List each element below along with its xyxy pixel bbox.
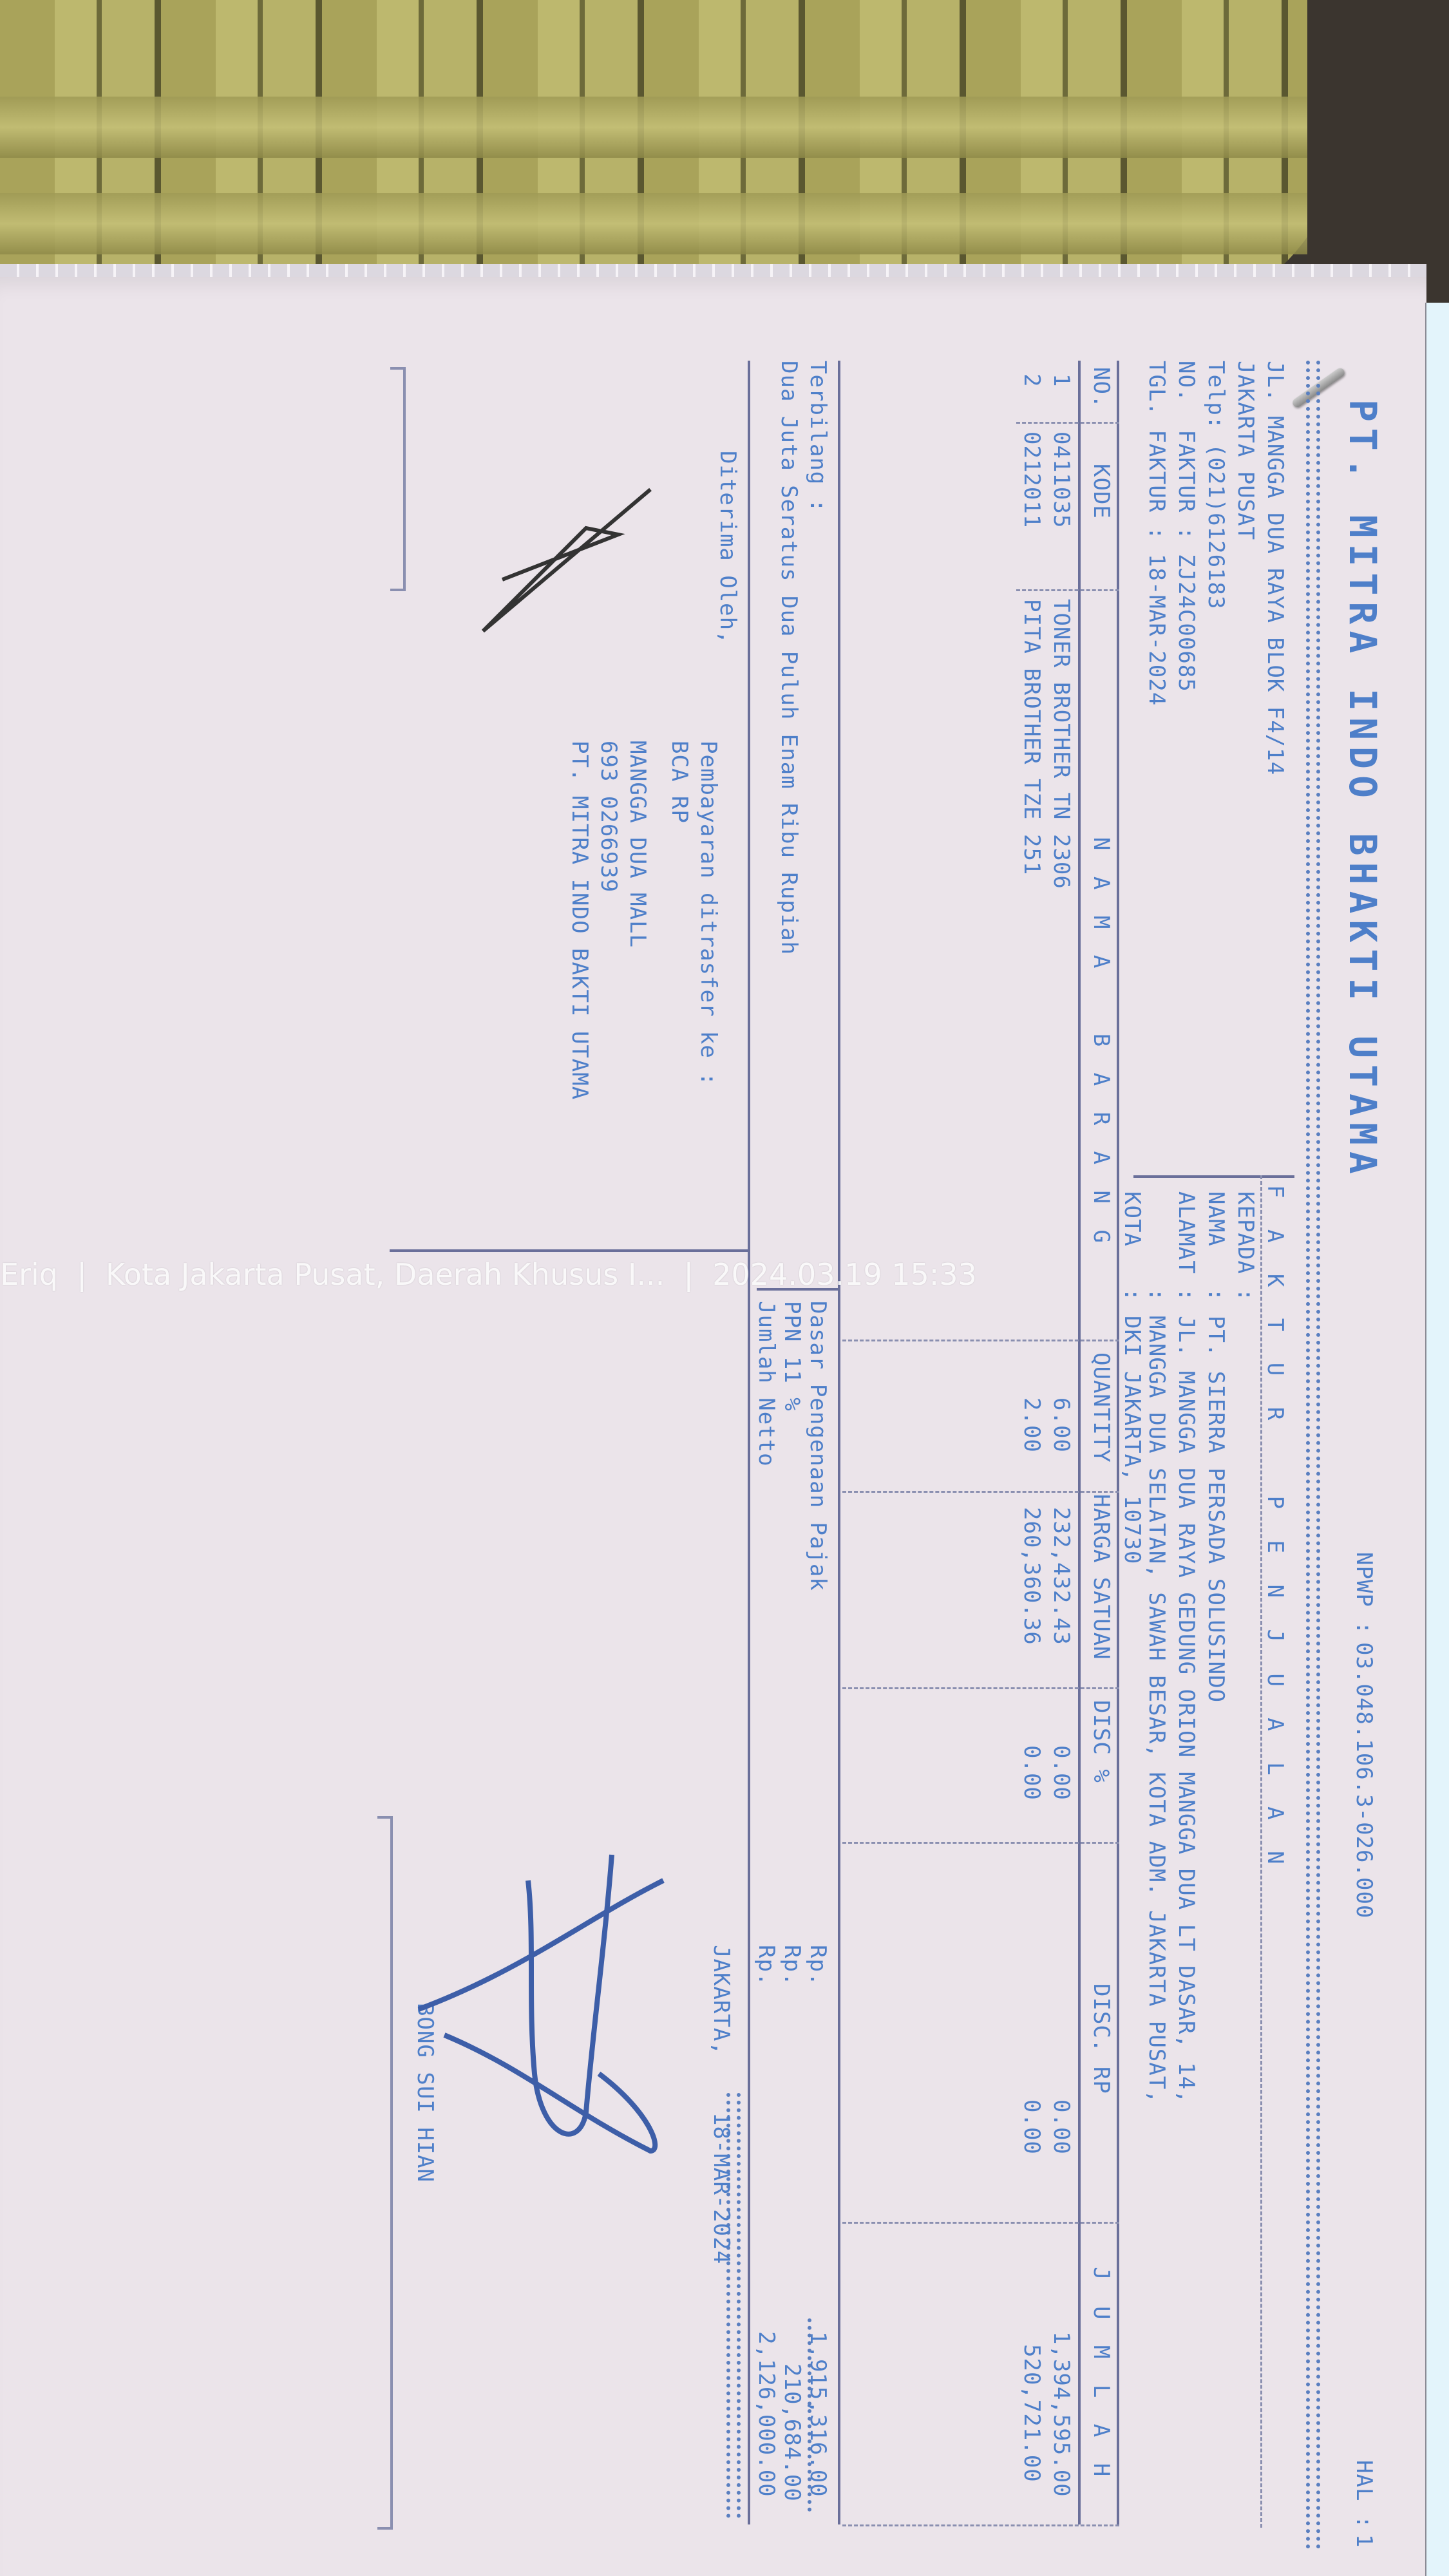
wicker-band bbox=[0, 193, 1365, 254]
customer-city: : DKI JAKARTA, 10730 bbox=[1119, 1288, 1145, 1564]
paper-stack-edge bbox=[1425, 303, 1449, 2576]
receiver-signature-icon bbox=[457, 464, 663, 670]
row-unit-price: 232,432.43 bbox=[1048, 1507, 1074, 1645]
payment-bank: BCA RP bbox=[667, 741, 692, 824]
col-header-unit-price: HARGA SATUAN bbox=[1088, 1494, 1114, 1660]
table-top-rule bbox=[1117, 361, 1119, 2524]
col-header-total: J U M L A H bbox=[1088, 2267, 1114, 2483]
customer-address-line2: : MANGGA DUA SELATAN, SAWAH BESAR, KOTA … bbox=[1144, 1288, 1170, 2104]
wicker-chair-background bbox=[0, 0, 1365, 303]
vat-currency: Rp. bbox=[779, 1945, 805, 1986]
receiver-bracket bbox=[390, 367, 406, 591]
header-dotted-rule bbox=[1306, 361, 1310, 2550]
signature-icon bbox=[399, 1842, 689, 2228]
payment-account: 693 0266939 bbox=[596, 741, 621, 893]
npwp-label: NPWP : bbox=[1351, 1552, 1377, 1635]
customer-name: : PT. SIERRA PERSADA SOLUSINDO bbox=[1203, 1288, 1229, 1703]
totals-dotted-rule bbox=[737, 2093, 741, 2518]
vat-label: PPN 11 % bbox=[779, 1301, 805, 1412]
col-divider bbox=[842, 2222, 1119, 2224]
sign-place: JAKARTA, bbox=[708, 1945, 734, 2056]
wicker-band bbox=[0, 97, 1365, 158]
received-by-label: Diterima Oleh, bbox=[715, 451, 741, 645]
col-header-quantity: QUANTITY bbox=[1088, 1352, 1114, 1463]
footer-rule bbox=[748, 361, 750, 2524]
row-no: 2 bbox=[1019, 374, 1045, 387]
row-code: 0411035 bbox=[1048, 431, 1074, 528]
invoice-number: ZJ24C00685 bbox=[1173, 554, 1199, 692]
dark-background bbox=[1307, 0, 1449, 309]
col-header-item-name: N A M A B A R A N G bbox=[1088, 837, 1114, 1249]
amount-in-words: Dua Juta Seratus Dua Puluh Enam Ribu Rup… bbox=[776, 361, 802, 955]
col-divider bbox=[1016, 422, 1119, 424]
customer-address-line1: : JL. MANGGA DUA RAYA GEDUNG ORION MANGG… bbox=[1173, 1288, 1199, 2104]
customer-city-label: KOTA bbox=[1119, 1191, 1145, 1247]
net-total-amount: 2,126,000.00 bbox=[753, 2331, 779, 2497]
row-quantity: 6.00 bbox=[1048, 1397, 1074, 1453]
payment-label: Pembayaran ditrasfer ke : bbox=[696, 741, 721, 1086]
title-rule bbox=[1260, 1175, 1262, 2528]
footer-divider bbox=[390, 1249, 750, 1252]
row-disc-rp: 0.00 bbox=[1019, 2099, 1045, 2155]
col-divider bbox=[842, 1687, 1119, 1689]
col-divider bbox=[842, 1491, 1119, 1493]
row-quantity: 2.00 bbox=[1019, 1397, 1045, 1453]
page-label: HAL : bbox=[1351, 2460, 1377, 2529]
row-item-name: TONER BROTHER TN 2306 bbox=[1048, 599, 1074, 889]
vat-amount: 210,684.00 bbox=[779, 2363, 805, 2502]
col-divider bbox=[1016, 589, 1119, 591]
document-title: F A K T U R P E N J U A L A N bbox=[1262, 1185, 1288, 1873]
col-header-disc-rp: DISC. RP bbox=[1088, 1984, 1114, 2094]
signer-bracket bbox=[377, 1816, 393, 2530]
totals-dotted-rule bbox=[808, 2318, 811, 2512]
customer-to-label: KEPADA : bbox=[1233, 1191, 1258, 1302]
col-divider bbox=[842, 1842, 1119, 1844]
tax-base-label: Dasar Pengenaan Pajak bbox=[805, 1301, 831, 1591]
payment-holder: PT. MITRA INDO BAKTI UTAMA bbox=[567, 741, 592, 1100]
col-header-no: NO. bbox=[1088, 367, 1114, 408]
amount-in-words-label: Terbilang : bbox=[805, 361, 831, 513]
net-total-currency: Rp. bbox=[753, 1945, 779, 1986]
table-bottom-rule bbox=[838, 361, 840, 2524]
payment-branch: MANGGA DUA MALL bbox=[625, 741, 650, 948]
col-header-code: KODE bbox=[1088, 464, 1114, 519]
row-total: 1,394,595.00 bbox=[1048, 2331, 1074, 2497]
customer-name-label: NAMA bbox=[1203, 1191, 1229, 1247]
header-divider bbox=[1133, 1175, 1294, 1178]
header-dotted-rule bbox=[1316, 361, 1320, 2550]
npwp-value: 03.048.106.3-026.000 bbox=[1351, 1642, 1377, 1918]
invoice-date: 18-MAR-2024 bbox=[1144, 554, 1170, 706]
row-unit-price: 260,360.36 bbox=[1019, 1507, 1045, 1645]
col-divider bbox=[842, 1340, 1119, 1341]
row-total: 520,721.00 bbox=[1019, 2344, 1045, 2483]
invoice-date-label: TGL. FAKTUR : bbox=[1144, 361, 1170, 540]
sign-date: 18-MAR-2024 bbox=[708, 2112, 734, 2264]
page-number: 1 bbox=[1351, 2534, 1377, 2548]
tax-base-currency: Rp. bbox=[805, 1945, 831, 1986]
net-total-label: Jumlah Netto bbox=[753, 1301, 779, 1467]
table-header-rule bbox=[1078, 361, 1081, 2524]
company-address-line2: JAKARTA PUSAT bbox=[1233, 361, 1258, 540]
col-header-disc-pct: DISC % bbox=[1088, 1700, 1114, 1783]
row-no: 1 bbox=[1048, 374, 1074, 387]
col-divider bbox=[842, 2524, 1119, 2526]
company-phone: Telp: (021)6126183 bbox=[1203, 361, 1229, 609]
company-address-line1: JL. MANGGA DUA RAYA BLOK F4/14 bbox=[1262, 361, 1288, 775]
sales-invoice: PT. MITRA INDO BHAKTI UTAMA NPWP : 03.04… bbox=[258, 361, 1385, 2550]
row-disc-rp: 0.00 bbox=[1048, 2099, 1074, 2155]
photo-timestamp-watermark: Eriq | Kota Jakarta Pusat, Daerah Khusus… bbox=[0, 1257, 1224, 1292]
row-item-name: PITA BROTHER TZE 251 bbox=[1019, 599, 1045, 875]
row-disc-pct: 0.00 bbox=[1048, 1745, 1074, 1801]
row-code: 0212011 bbox=[1019, 431, 1045, 528]
row-disc-pct: 0.00 bbox=[1019, 1745, 1045, 1801]
company-name: PT. MITRA INDO BHAKTI UTAMA bbox=[1341, 399, 1385, 1180]
invoice-number-label: NO. FAKTUR : bbox=[1173, 361, 1199, 540]
